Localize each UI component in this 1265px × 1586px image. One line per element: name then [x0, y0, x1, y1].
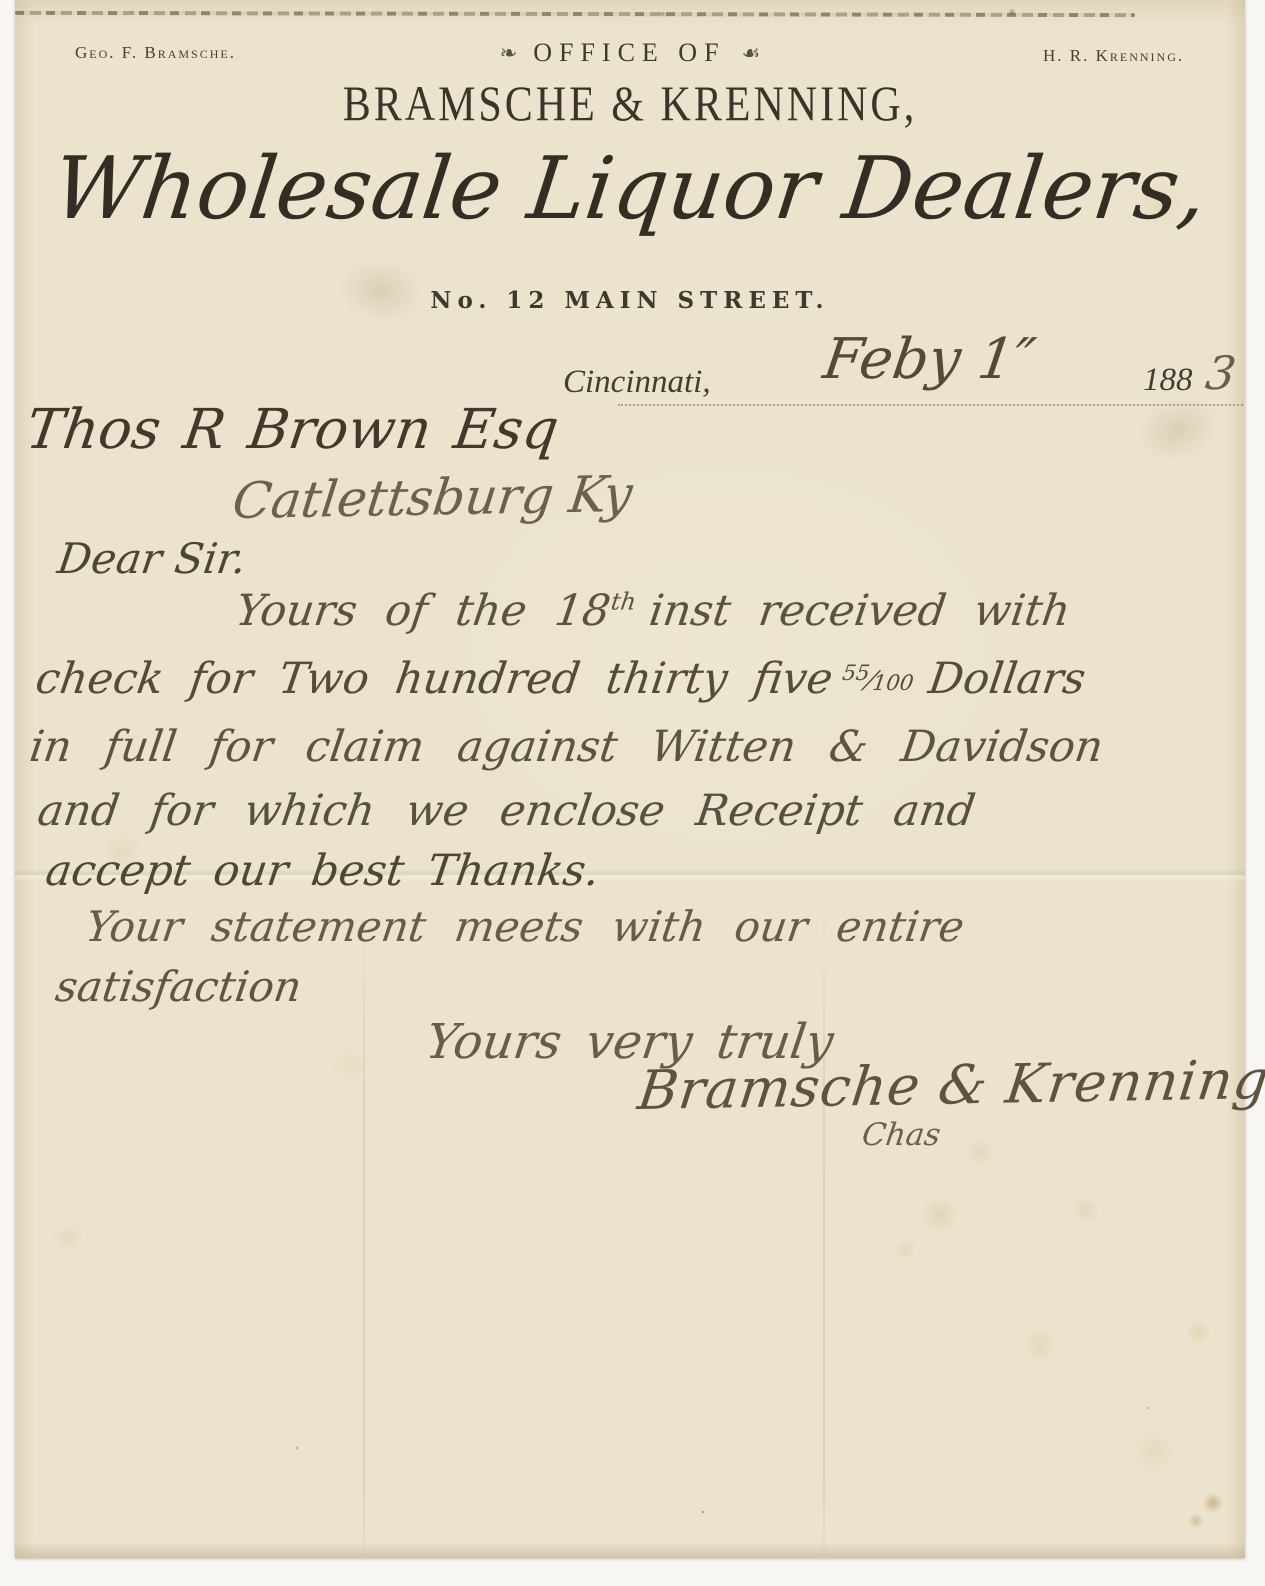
- body-line-1: Yours of the 18thinst received with: [233, 590, 1073, 633]
- crease-vertical-left: [363, 900, 365, 1558]
- street-address: No. 12 MAIN STREET.: [15, 289, 1245, 312]
- ordinal-suffix: th: [609, 588, 638, 616]
- body-line-1-rest: inst received with: [646, 586, 1073, 636]
- dateline-city: Cincinnati,: [563, 366, 711, 399]
- recipient-city: Catlettsburg Ky: [230, 469, 635, 526]
- letter-paper: Geo. F. Bramsche. ❧OFFICE OF☙ H. R. Kren…: [15, 0, 1245, 1558]
- body-line-3: in full for claim against Witten & David…: [27, 726, 1106, 769]
- company-name: BRAMSCHE & KRENNING,: [15, 80, 1245, 130]
- dateline-rule: [618, 404, 1243, 406]
- floral-ornament-right-icon: ☙: [726, 41, 777, 65]
- body-line-7: satisfaction: [53, 966, 304, 1008]
- fraction-denominator: 100: [871, 671, 915, 696]
- body-line-2-rest: Dollars: [926, 654, 1089, 704]
- body-line-6: Your statement meets with our entire: [83, 906, 967, 948]
- handwritten-year-digit: 3: [1203, 350, 1239, 396]
- recipient-name: Thos R Brown Esq: [23, 402, 562, 457]
- handwritten-date: Feby 1″: [820, 332, 1039, 388]
- trade-line: Wholesale Liquor Dealers,: [10, 146, 1251, 232]
- office-of-label: OFFICE OF: [533, 38, 725, 67]
- body-line-2-text: check for Two hundred thirty five: [33, 654, 836, 704]
- signer-initials: Chas: [860, 1120, 942, 1151]
- scan-background: Geo. F. Bramsche. ❧OFFICE OF☙ H. R. Kren…: [0, 0, 1265, 1586]
- paper-tear-top-edge: [15, 11, 1135, 17]
- body-line-1-text: Yours of the 18: [233, 586, 614, 636]
- body-line-2: check for Two hundred thirty five55100Do…: [33, 658, 1088, 701]
- body-line-4: and for which we enclose Receipt and: [35, 790, 978, 833]
- signature: Bramsche & Krenning: [635, 1053, 1265, 1118]
- crease-vertical-right: [823, 900, 825, 1558]
- fraction-numerator: 55: [841, 661, 872, 686]
- body-line-5: accept our best Thanks.: [43, 850, 602, 893]
- floral-ornament-left-icon: ❧: [484, 41, 534, 65]
- salutation: Dear Sir.: [55, 538, 249, 580]
- partner-name-right: H. R. Krenning.: [1043, 47, 1184, 64]
- printed-year-prefix: 188: [1143, 364, 1193, 397]
- cents-fraction: 55100: [839, 666, 916, 697]
